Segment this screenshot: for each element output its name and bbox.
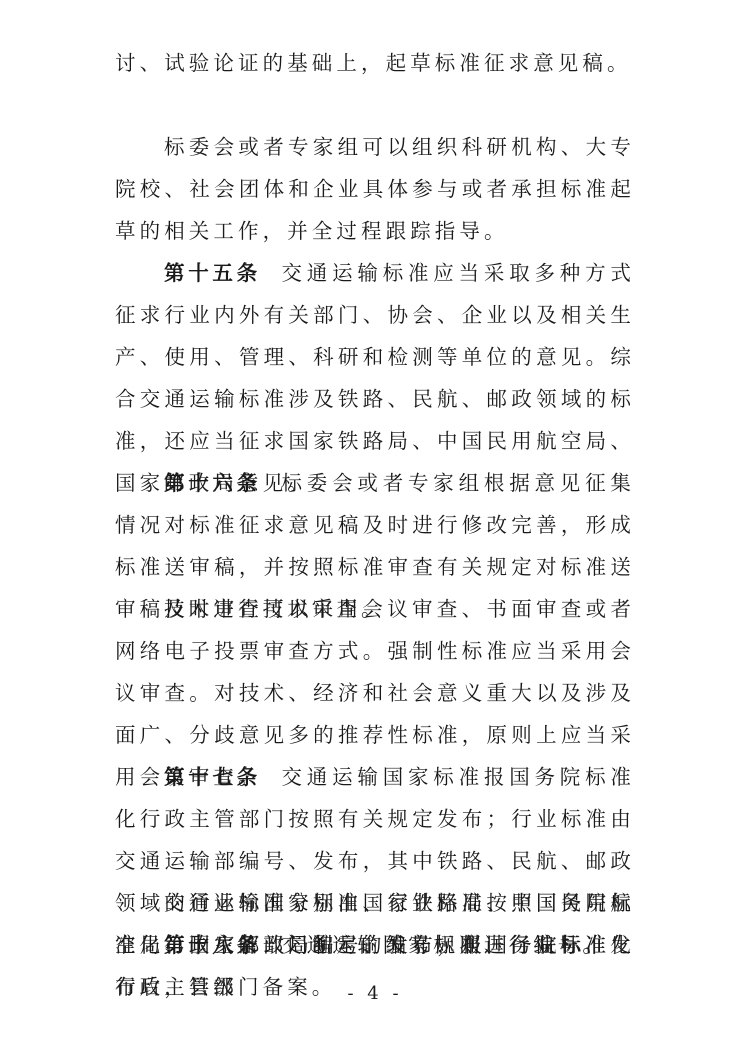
paragraph-continuation: 讨、试验论证的基础上，起草标准征求意见稿。 (115, 42, 635, 84)
paragraph-text: 标委会或者专家组可以组织科研机构、大专院校、社会团体和企业具体参与或者承担标准起… (115, 135, 635, 243)
paragraph-text: 讨、试验论证的基础上，起草标准征求意见稿。 (115, 51, 632, 75)
paragraph-text: 交通运输标准应当采取多种方式征求行业内外有关部门、协会、企业以及相关生产、使用、… (115, 261, 635, 495)
article-heading: 第十七条 (164, 765, 261, 789)
article-heading: 第十五条 (164, 261, 261, 285)
article-heading: 第十六条 (164, 471, 261, 495)
page-number: - 4 - (0, 983, 750, 1004)
paragraph: 标委会或者专家组可以组织科研机构、大专院校、社会团体和企业具体参与或者承担标准起… (115, 126, 635, 252)
article-heading: 第十八条 (164, 933, 261, 957)
document-page: 讨、试验论证的基础上，起草标准征求意见稿。 标委会或者专家组可以组织科研机构、大… (0, 0, 750, 1060)
